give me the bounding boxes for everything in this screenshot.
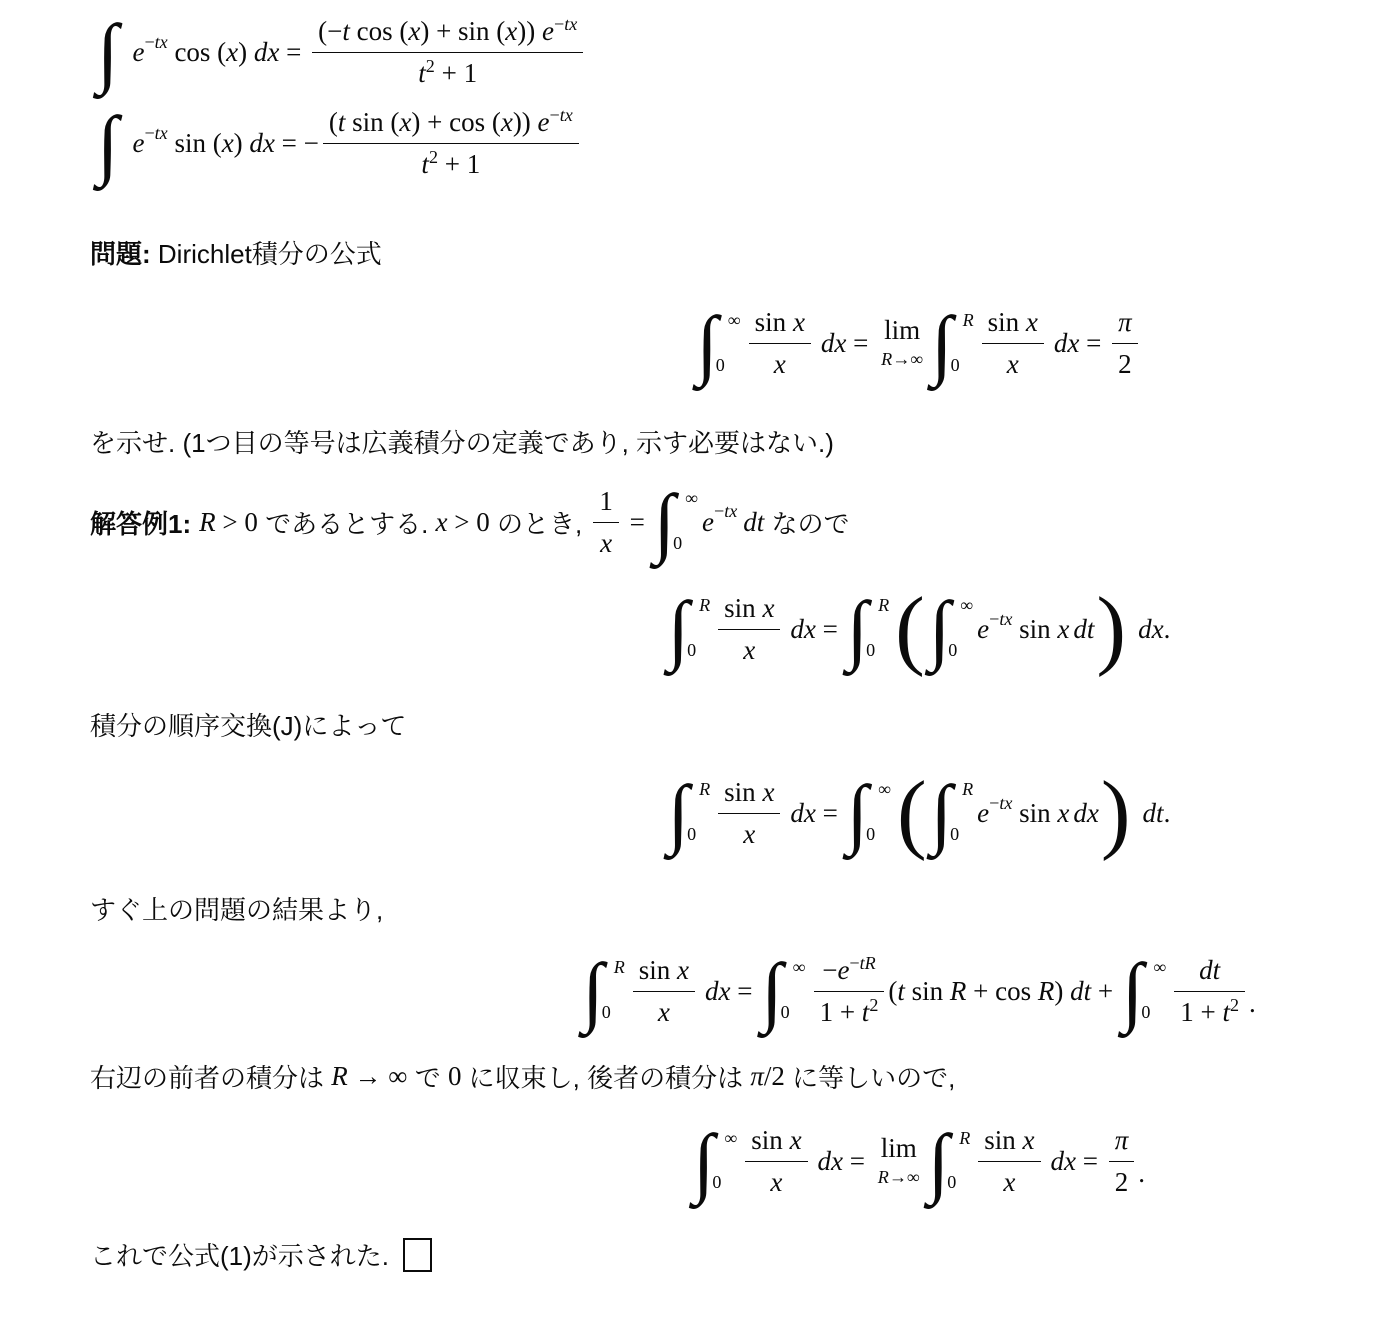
math-text-jp: 右辺の前者の積分は	[90, 1058, 331, 1095]
math-fraction: −e−tR1 + t2	[814, 953, 885, 1030]
fraction-denominator: 2	[1109, 1165, 1135, 1200]
math-superscript: −tx	[144, 122, 167, 146]
math-italic: R	[959, 1128, 970, 1148]
math-italic: x	[774, 349, 786, 379]
math-italic: tx	[155, 123, 168, 143]
problem-title: Dirichlet積分の公式	[151, 234, 382, 271]
integral-sign-icon: ∫	[928, 1125, 949, 1199]
fraction-denominator: 2	[1112, 347, 1138, 382]
integral: ∫∞0	[693, 1125, 737, 1199]
integral-upper-limit: ∞	[685, 487, 698, 511]
fraction-denominator: x	[594, 526, 618, 561]
equation-expanded: ∫R0sin xxdx = ∫∞0−e−tR1 + t2(t sin R + c…	[0, 953, 1396, 1030]
integral: ∫∞0	[696, 307, 740, 381]
integral-limits: R0	[687, 592, 710, 666]
fraction-numerator: sin x	[978, 1123, 1040, 1158]
math-italic: x	[1007, 349, 1019, 379]
math-roman: −	[989, 609, 999, 629]
fraction-bar	[745, 1161, 807, 1162]
equation-cos-integral: ∫e−tx cos (x) dx = (−t cos (x) + sin (x)…	[95, 14, 1396, 91]
math-italic: R	[962, 779, 973, 799]
math-superscript: −tx	[714, 500, 737, 524]
math-roman: 0	[712, 1172, 721, 1192]
integral-lower-limit: 0	[712, 1171, 721, 1195]
fraction-denominator: t2 + 1	[415, 147, 486, 182]
math-roman: sin	[724, 593, 762, 623]
math-italic: x	[793, 307, 805, 337]
solution-inline-math: R > 0 であるとする. x > 0 のとき, 1x = ∫∞0e−txdt …	[199, 484, 849, 561]
integral-limits: R0	[687, 776, 710, 850]
fraction-numerator: sin x	[982, 305, 1044, 340]
math-roman: 2	[426, 56, 435, 76]
math-italic: t	[897, 974, 905, 1009]
math-italic: dx	[254, 35, 279, 70]
math-roman: /2	[764, 1059, 785, 1094]
math-italic: π	[750, 1059, 764, 1094]
math-roman: 0	[951, 355, 960, 375]
math-italic: t	[1222, 997, 1230, 1027]
integral-limits: ∞0	[1141, 954, 1166, 1028]
integral-limits: ∞0	[781, 954, 806, 1028]
math-roman: 0	[716, 355, 725, 375]
math-roman: =	[623, 505, 652, 540]
statement-text: を示せ. (1つ目の等号は広義積分の定義であり, 示す必要はない.)	[90, 423, 834, 460]
convergence-line: 右辺の前者の積分は R → ∞ で 0 に収束し, 後者の積分は π/2 に等し…	[90, 1058, 1396, 1095]
fraction-denominator: x	[768, 347, 792, 382]
math-roman: 0	[947, 1172, 956, 1192]
integral-sign-icon: ∫	[693, 1125, 714, 1199]
math-superscript: −tR	[849, 953, 875, 973]
integral-upper-limit: R	[959, 1127, 970, 1151]
fraction-bar	[718, 813, 780, 814]
math-italic: dt	[1070, 974, 1091, 1009]
math-roman: =	[730, 974, 759, 1009]
math-fraction: sin xx	[982, 305, 1044, 382]
math-fraction: sin xx	[749, 305, 811, 382]
math-roman: ∞	[793, 957, 806, 977]
math-text-jp: であるとする.	[258, 504, 436, 541]
math-roman: 1 +	[1180, 997, 1222, 1027]
integral-limits: ∞0	[712, 1125, 737, 1199]
integral-lower-limit: 0	[673, 532, 682, 556]
math-roman: 0	[950, 824, 959, 844]
integral-sign-icon: ∫	[696, 307, 717, 381]
limit-word: lim	[884, 316, 920, 346]
math-fraction: sin xx	[633, 953, 695, 1030]
math-italic: x	[408, 16, 420, 46]
limit-operator: limR→∞	[878, 1134, 920, 1189]
equation-final: ∫∞0sin xxdx = limR→∞∫R0sin xxdx = π2.	[0, 1123, 1396, 1200]
math-roman: =	[843, 1144, 872, 1179]
math-italic: dx	[1054, 326, 1079, 361]
fraction-numerator: (−t cos (x) + sin (x)) e−tx	[312, 14, 583, 49]
math-roman: =	[816, 796, 845, 831]
math-roman: + 1	[438, 149, 480, 179]
math-italic: x	[436, 505, 448, 540]
math-roman: 1	[599, 486, 613, 516]
math-roman: > 0	[216, 505, 258, 540]
fraction-numerator: −e−tR	[816, 953, 882, 988]
integral-limits: ∞0	[948, 592, 973, 666]
math-italic: e	[977, 612, 989, 647]
math-roman: 2	[429, 147, 438, 167]
integral-lower-limit: 0	[866, 639, 875, 663]
math-fraction: π2	[1112, 305, 1138, 382]
math-italic: x	[399, 107, 411, 137]
math-italic: dx	[1138, 612, 1163, 647]
fraction-denominator: x	[764, 1165, 788, 1200]
math-roman: ) + cos (	[411, 107, 500, 137]
math-italic: x	[658, 997, 670, 1027]
fraction-denominator: 1 + t2	[814, 995, 885, 1030]
integral-sign-icon: ∫	[668, 776, 689, 850]
math-italic: dx	[1073, 796, 1098, 831]
integral-lower-limit: 0	[602, 1001, 611, 1025]
math-roman: )	[234, 126, 250, 161]
math-roman: 0	[448, 1059, 462, 1094]
math-roman: (−	[318, 16, 342, 46]
math-roman: 2	[1115, 1167, 1129, 1197]
math-italic: dx	[1051, 1144, 1076, 1179]
integral: ∫R0	[582, 954, 625, 1028]
math-italic: π	[1118, 307, 1132, 337]
math-roman: sin (	[345, 107, 399, 137]
big-paren: )	[1096, 585, 1126, 674]
math-italic: R	[1038, 974, 1055, 1009]
math-italic: x	[1057, 612, 1069, 647]
math-italic: x	[790, 1125, 802, 1155]
math-italic: tR	[860, 953, 876, 973]
integral-lower-limit: 0	[948, 639, 957, 663]
math-italic: tx	[155, 32, 168, 52]
math-roman: (	[329, 107, 338, 137]
math-roman: 0	[1141, 1002, 1150, 1022]
fraction-numerator: sin x	[749, 305, 811, 340]
math-italic: R	[699, 779, 710, 799]
math-italic: dt	[743, 505, 764, 540]
math-italic: x	[505, 16, 517, 46]
math-roman: 2	[869, 995, 878, 1015]
math-roman: ))	[513, 107, 538, 137]
fraction-numerator: dt	[1193, 953, 1226, 988]
integral: ∫R0	[931, 307, 974, 381]
limit-under: R→∞	[878, 1166, 920, 1190]
math-italic: dt	[1199, 955, 1220, 985]
math-roman: −	[989, 793, 999, 813]
math-italic: R	[963, 310, 974, 330]
math-italic: x	[600, 528, 612, 558]
math-roman: sin	[984, 1125, 1022, 1155]
math-roman: sin	[755, 307, 793, 337]
math-italic: t	[418, 58, 426, 88]
math-roman: 0	[948, 640, 957, 660]
solution-label: 解答例1:	[90, 504, 191, 541]
integral-sign-icon: ∫	[1122, 954, 1143, 1028]
fubini-line: 積分の順序交換(J)によって	[90, 706, 1396, 743]
integral-upper-limit: R	[963, 309, 974, 333]
integral-lower-limit: 0	[947, 1171, 956, 1195]
math-roman: + 1	[435, 58, 477, 88]
problem-label: 問題:	[90, 234, 151, 271]
math-italic: x	[1003, 1167, 1015, 1197]
problem-heading: 問題: Dirichlet積分の公式	[90, 234, 1396, 271]
math-fraction: π2	[1109, 1123, 1135, 1200]
math-italic: dx	[249, 126, 274, 161]
fraction-denominator: x	[1001, 347, 1025, 382]
math-roman: =	[816, 612, 845, 647]
limit-word: lim	[881, 1134, 917, 1164]
integral-sign-icon: ∫	[97, 107, 118, 181]
math-italic: t	[342, 16, 350, 46]
qed-line: これで公式(1)が示された.	[90, 1236, 1396, 1273]
integral-upper-limit: R	[962, 778, 973, 802]
math-italic: R	[881, 349, 892, 369]
fraction-bar	[633, 991, 695, 992]
math-roman: 0	[673, 533, 682, 553]
integral-upper-limit: ∞	[728, 309, 741, 333]
math-roman: ∞	[960, 595, 973, 615]
math-text-jp: で	[407, 1058, 447, 1095]
math-roman: −	[849, 953, 859, 973]
integral-sign-icon: ∫	[847, 776, 868, 850]
math-roman: sin	[724, 777, 762, 807]
math-superscript: −tx	[550, 105, 573, 125]
math-italic: tx	[999, 793, 1012, 813]
math-fraction: sin xx	[745, 1123, 807, 1200]
math-italic: x	[743, 819, 755, 849]
math-italic: dx	[790, 612, 815, 647]
math-italic: x	[677, 955, 689, 985]
math-italic: dx	[818, 1144, 843, 1179]
math-italic: dt	[1073, 612, 1094, 647]
math-fraction: dt1 + t2	[1174, 953, 1245, 1030]
math-document: ∫e−tx cos (x) dx = (−t cos (x) + sin (x)…	[0, 0, 1396, 1273]
qed-box	[403, 1238, 432, 1272]
fraction-denominator: t2 + 1	[412, 56, 483, 91]
result-text: すぐ上の問題の結果より,	[90, 890, 383, 927]
integral-upper-limit: ∞	[878, 778, 891, 802]
math-roman: + cos	[966, 974, 1037, 1009]
math-superscript: 2	[869, 995, 878, 1015]
math-roman: )	[1054, 974, 1070, 1009]
math-roman: .	[1164, 612, 1171, 647]
integral-lower-limit: 0	[687, 823, 696, 847]
integral-lower-limit: 0	[866, 823, 875, 847]
math-roman: 0	[687, 640, 696, 660]
qed-text: これで公式(1)が示された.	[90, 1236, 389, 1273]
math-superscript: 2	[1230, 995, 1239, 1015]
integral-sign-icon: ∫	[582, 954, 603, 1028]
math-fraction: 1x	[593, 484, 619, 561]
math-roman: sin	[1012, 796, 1057, 831]
big-paren: (	[897, 769, 927, 858]
math-roman: −	[144, 32, 154, 52]
integral: ∫∞0	[1122, 954, 1166, 1028]
integral: ∫R0	[931, 776, 974, 850]
statement-line: を示せ. (1つ目の等号は広義積分の定義であり, 示す必要はない.)	[90, 423, 1396, 460]
math-roman: +	[1091, 974, 1120, 1009]
integral-sign-icon: ∫	[761, 954, 782, 1028]
math-italic: x	[1057, 796, 1069, 831]
integral-limits: ∞0	[866, 776, 891, 850]
integral-upper-limit: ∞	[960, 594, 973, 618]
fraction-numerator: π	[1109, 1123, 1135, 1158]
integral-lower-limit: 0	[781, 1001, 790, 1025]
result-line: すぐ上の問題の結果より,	[90, 890, 1396, 927]
math-roman: sin	[751, 1125, 789, 1155]
math-text-jp: のとき,	[490, 504, 590, 541]
math-text-jp: に収束し, 後者の積分は	[461, 1058, 750, 1095]
math-punct: .	[1138, 1156, 1145, 1191]
math-italic: x	[226, 35, 238, 70]
math-roman: 0	[602, 1002, 611, 1022]
equation-sin-integral: ∫e−tx sin (x) dx = −(t sin (x) + cos (x)…	[95, 105, 1396, 182]
math-roman: ∞	[878, 779, 891, 799]
integral-upper-limit: ∞	[793, 956, 806, 980]
integral-limits: R0	[951, 307, 974, 381]
math-italic: x	[501, 107, 513, 137]
math-roman: > 0	[448, 505, 490, 540]
math-text-jp: に等しいので,	[785, 1058, 955, 1095]
integral-limits: R0	[866, 592, 889, 666]
integral: ∫	[97, 15, 118, 89]
math-roman: −	[714, 501, 724, 521]
math-roman: sin	[639, 955, 677, 985]
math-roman: ) + sin (	[420, 16, 505, 46]
math-roman: cos (	[350, 16, 408, 46]
fraction-bar	[1112, 343, 1138, 344]
integral-limits: R0	[950, 776, 973, 850]
math-italic: e	[977, 796, 989, 831]
math-italic: e	[837, 955, 849, 985]
fraction-bar	[1174, 991, 1245, 992]
fraction-bar	[749, 343, 811, 344]
math-italic: R	[614, 957, 625, 977]
math-italic: x	[762, 593, 774, 623]
math-roman: sin	[988, 307, 1026, 337]
math-italic: R	[331, 1059, 348, 1094]
math-italic: x	[770, 1167, 782, 1197]
math-superscript: −tx	[554, 14, 577, 34]
math-italic: R	[199, 505, 216, 540]
integral-sign-icon: ∫	[929, 592, 950, 666]
math-superscript: 2	[426, 56, 435, 76]
fraction-bar	[323, 143, 579, 144]
integral-sign-icon: ∫	[654, 485, 675, 559]
math-roman: cos (	[168, 35, 226, 70]
math-italic: x	[222, 126, 234, 161]
math-italic: t	[421, 149, 429, 179]
big-paren: (	[895, 585, 925, 674]
math-punct: .	[1249, 986, 1256, 1021]
math-italic: e	[132, 126, 144, 161]
fubini-text: 積分の順序交換(J)によって	[90, 706, 406, 743]
math-text-jp: なので	[764, 504, 849, 541]
math-superscript: −tx	[989, 608, 1012, 632]
math-fraction: sin xx	[978, 1123, 1040, 1200]
integral-sign-icon: ∫	[668, 592, 689, 666]
math-roman: 1 +	[820, 997, 862, 1027]
math-italic: e	[132, 35, 144, 70]
math-italic: x	[762, 777, 774, 807]
fraction-bar	[814, 991, 885, 992]
math-roman: sin	[905, 974, 950, 1009]
math-italic: R	[950, 974, 967, 1009]
integral: ∫R0	[668, 592, 711, 666]
fraction-numerator: 1	[593, 484, 619, 519]
integral: ∫∞0	[654, 485, 698, 559]
math-italic: tx	[560, 105, 573, 125]
math-roman: sin	[1012, 612, 1057, 647]
fraction-denominator: x	[737, 633, 761, 668]
math-superscript: −tx	[989, 792, 1012, 816]
fraction-numerator: π	[1112, 305, 1138, 340]
fraction-bar	[593, 522, 619, 523]
math-italic: tx	[564, 14, 577, 34]
math-roman: ∞	[1153, 957, 1166, 977]
math-fraction: sin xx	[718, 775, 780, 852]
fraction-numerator: sin x	[718, 591, 780, 626]
fraction-denominator: x	[997, 1165, 1021, 1200]
fraction-denominator: x	[737, 817, 761, 852]
math-roman: → ∞	[348, 1059, 408, 1094]
fraction-bar	[718, 629, 780, 630]
math-roman: −	[550, 105, 560, 125]
math-italic: tx	[999, 609, 1012, 629]
math-italic: R	[699, 595, 710, 615]
fraction-numerator: sin x	[718, 775, 780, 810]
integral-limits: R0	[947, 1125, 970, 1199]
math-fraction: sin xx	[718, 591, 780, 668]
math-roman: 0	[781, 1002, 790, 1022]
math-roman: 0	[866, 824, 875, 844]
integral: ∫∞0	[761, 954, 805, 1028]
math-roman: ))	[517, 16, 542, 46]
fraction-denominator: 1 + t2	[1174, 995, 1245, 1030]
math-roman: →∞	[892, 349, 923, 369]
integral-lower-limit: 0	[950, 823, 959, 847]
math-italic: tx	[724, 501, 737, 521]
math-roman: .	[1164, 796, 1171, 831]
integral-limits: R0	[602, 954, 625, 1028]
integral-lower-limit: 0	[1141, 1001, 1150, 1025]
math-roman: 2	[1118, 349, 1132, 379]
equation-dirichlet: ∫∞0sin xxdx = limR→∞∫R0sin xxdx = π2	[0, 305, 1396, 382]
math-roman: −	[822, 955, 837, 985]
convergence-inline-math: 右辺の前者の積分は R → ∞ で 0 に収束し, 後者の積分は π/2 に等し…	[90, 1058, 955, 1095]
fraction-bar	[978, 1161, 1040, 1162]
math-roman: =	[1076, 1144, 1105, 1179]
integral-upper-limit: R	[699, 594, 710, 618]
math-roman: ∞	[728, 310, 741, 330]
solution-heading-line: 解答例1: R > 0 であるとする. x > 0 のとき, 1x = ∫∞0e…	[90, 484, 1396, 561]
math-roman: 0	[687, 824, 696, 844]
math-roman: (	[888, 974, 897, 1009]
limit-operator: limR→∞	[881, 316, 923, 371]
math-italic: R	[878, 595, 889, 615]
math-roman: 0	[866, 640, 875, 660]
integral: ∫	[97, 107, 118, 181]
fraction-numerator: sin x	[633, 953, 695, 988]
integral-upper-limit: R	[699, 778, 710, 802]
integral: ∫∞0	[847, 776, 891, 850]
math-roman: )	[238, 35, 254, 70]
integral-sign-icon: ∫	[97, 15, 118, 89]
math-fraction: (−t cos (x) + sin (x)) e−txt2 + 1	[312, 14, 583, 91]
fraction-denominator: x	[652, 995, 676, 1030]
integral-lower-limit: 0	[716, 354, 725, 378]
math-roman: 2	[1230, 995, 1239, 1015]
